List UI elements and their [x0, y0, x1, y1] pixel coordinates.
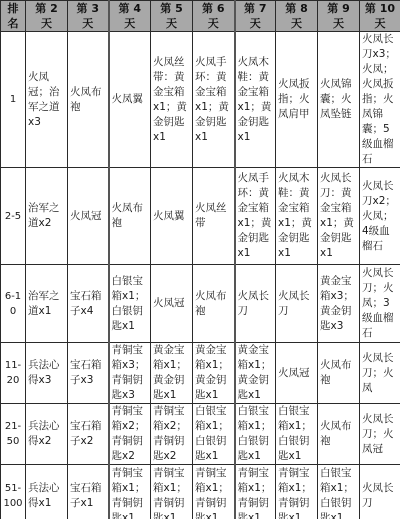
- header-row: 排名 第 2 天 第 3 天 第 4 天 第 5 天 第 6 天 第 7 天 第…: [1, 1, 400, 32]
- reward-cell: 黄金宝箱x3；黄金钥匙x3: [318, 265, 360, 343]
- rank-cell: 2-5: [1, 168, 26, 265]
- reward-cell: 火凤冠: [151, 265, 193, 343]
- reward-cell: 火凤手环：黄金宝箱x1；黄金钥匙x1: [235, 168, 276, 265]
- reward-cell: 白银宝箱x1；白银钥匙x1: [193, 404, 235, 465]
- reward-cell: 火凤布袍: [109, 168, 151, 265]
- table-row: 11-20 兵法心得x3 宝石箱子x3 青铜宝箱x3；青铜钥匙x3 黄金宝箱x1…: [1, 343, 400, 404]
- reward-cell: 火凤长刀；火凤: [360, 343, 400, 404]
- header-day-3: 第 3 天: [68, 1, 109, 32]
- reward-cell: 火凤翼: [151, 168, 193, 265]
- table-row: 51-100 兵法心得x1 宝石箱子x1 青铜宝箱x1；青铜钥匙x1 青铜宝箱x…: [1, 465, 400, 519]
- reward-cell: 青铜宝箱x2；青铜钥匙x2: [151, 404, 193, 465]
- reward-cell: 青铜宝箱x1；青铜钥匙x1: [276, 465, 318, 519]
- reward-cell: 火凤布袍: [318, 343, 360, 404]
- reward-cell: 火凤布袍: [318, 404, 360, 465]
- rank-cell: 21-50: [1, 404, 26, 465]
- reward-cell: 火凤翼: [109, 32, 151, 168]
- reward-cell: 火凤长刀：黄金宝箱x1；黄金钥匙x1: [318, 168, 360, 265]
- reward-cell: 黄金宝箱x1；黄金钥匙x1: [235, 343, 276, 404]
- reward-cell: 青铜宝箱x1；青铜钥匙x1: [109, 465, 151, 519]
- reward-table: 排名 第 2 天 第 3 天 第 4 天 第 5 天 第 6 天 第 7 天 第…: [0, 0, 400, 519]
- reward-cell: 火凤木鞋：黄金宝箱x1；黄金钥匙x1: [235, 32, 276, 168]
- reward-cell: 火凤冠；治军之道x3: [26, 32, 68, 168]
- header-day-7: 第 7 天: [235, 1, 276, 32]
- reward-cell: 火凤布袍: [68, 32, 109, 168]
- header-day-8: 第 8 天: [276, 1, 318, 32]
- reward-cell: 火凤长刀；火凤；3级血榴石: [360, 265, 400, 343]
- rank-cell: 11-20: [1, 343, 26, 404]
- reward-cell: 火凤长刀x2；火凤；4级血榴石: [360, 168, 400, 265]
- reward-cell: 兵法心得x1: [26, 465, 68, 519]
- reward-cell: 火凤丝带：黄金宝箱x1；黄金钥匙x1: [151, 32, 193, 168]
- reward-cell: 火凤长刀: [235, 265, 276, 343]
- reward-cell: 火凤长刀x3；火凤；火凤扳指；火凤锦囊；5级血榴石: [360, 32, 400, 168]
- table-row: 6-10 治军之道x1 宝石箱子x4 白银宝箱x1；白银钥匙x1 火凤冠 火凤布…: [1, 265, 400, 343]
- header-day-9: 第 9 天: [318, 1, 360, 32]
- reward-cell: 青铜宝箱x2；青铜钥匙x2: [109, 404, 151, 465]
- table-row: 21-50 兵法心得x2 宝石箱子x2 青铜宝箱x2；青铜钥匙x2 青铜宝箱x2…: [1, 404, 400, 465]
- header-day-4: 第 4 天: [109, 1, 151, 32]
- reward-cell: 宝石箱子x2: [68, 404, 109, 465]
- rank-cell: 1: [1, 32, 26, 168]
- reward-cell: 火凤锦囊；火凤坠链: [318, 32, 360, 168]
- reward-cell: 兵法心得x3: [26, 343, 68, 404]
- reward-cell: 火凤冠: [68, 168, 109, 265]
- reward-cell: 宝石箱子x1: [68, 465, 109, 519]
- reward-cell: 治军之道x1: [26, 265, 68, 343]
- reward-cell: 黄金宝箱x1；黄金钥匙x1: [151, 343, 193, 404]
- rank-cell: 6-10: [1, 265, 26, 343]
- reward-cell: 兵法心得x2: [26, 404, 68, 465]
- reward-cell: 青铜宝箱x1；青铜钥匙x1: [235, 465, 276, 519]
- reward-cell: 白银宝箱x1；白银钥匙x1: [109, 265, 151, 343]
- header-rank: 排名: [1, 1, 26, 32]
- reward-cell: 宝石箱子x3: [68, 343, 109, 404]
- reward-cell: 火凤手环：黄金宝箱x1；黄金钥匙x1: [193, 32, 235, 168]
- reward-cell: 白银宝箱x1；白银钥匙x1: [235, 404, 276, 465]
- reward-cell: 火凤长刀；火凤冠: [360, 404, 400, 465]
- reward-cell: 火凤木鞋：黄金宝箱x1；黄金钥匙x1: [276, 168, 318, 265]
- reward-cell: 治军之道x2: [26, 168, 68, 265]
- reward-cell: 青铜宝箱x3；青铜钥匙x3: [109, 343, 151, 404]
- reward-cell: 青铜宝箱x1；青铜钥匙x1: [193, 465, 235, 519]
- reward-cell: 白银宝箱x1；白银钥匙x1: [276, 404, 318, 465]
- header-day-10: 第 10 天: [360, 1, 400, 32]
- reward-cell: 宝石箱子x4: [68, 265, 109, 343]
- reward-cell: 火凤长刀: [360, 465, 400, 519]
- reward-cell: 火凤丝带: [193, 168, 235, 265]
- reward-cell: 青铜宝箱x1；青铜钥匙x1: [151, 465, 193, 519]
- table-row: 2-5 治军之道x2 火凤冠 火凤布袍 火凤翼 火凤丝带 火凤手环：黄金宝箱x1…: [1, 168, 400, 265]
- rank-cell: 51-100: [1, 465, 26, 519]
- reward-cell: 黄金宝箱x1；黄金钥匙x1: [193, 343, 235, 404]
- reward-cell: 火凤扳指；火凤肩甲: [276, 32, 318, 168]
- table-row: 1 火凤冠；治军之道x3 火凤布袍 火凤翼 火凤丝带：黄金宝箱x1；黄金钥匙x1…: [1, 32, 400, 168]
- header-day-6: 第 6 天: [193, 1, 235, 32]
- reward-cell: 火凤冠: [276, 343, 318, 404]
- header-day-5: 第 5 天: [151, 1, 193, 32]
- reward-cell: 火凤长刀: [276, 265, 318, 343]
- reward-cell: 火凤布袍: [193, 265, 235, 343]
- header-day-2: 第 2 天: [26, 1, 68, 32]
- reward-cell: 白银宝箱x1；白银钥匙x1: [318, 465, 360, 519]
